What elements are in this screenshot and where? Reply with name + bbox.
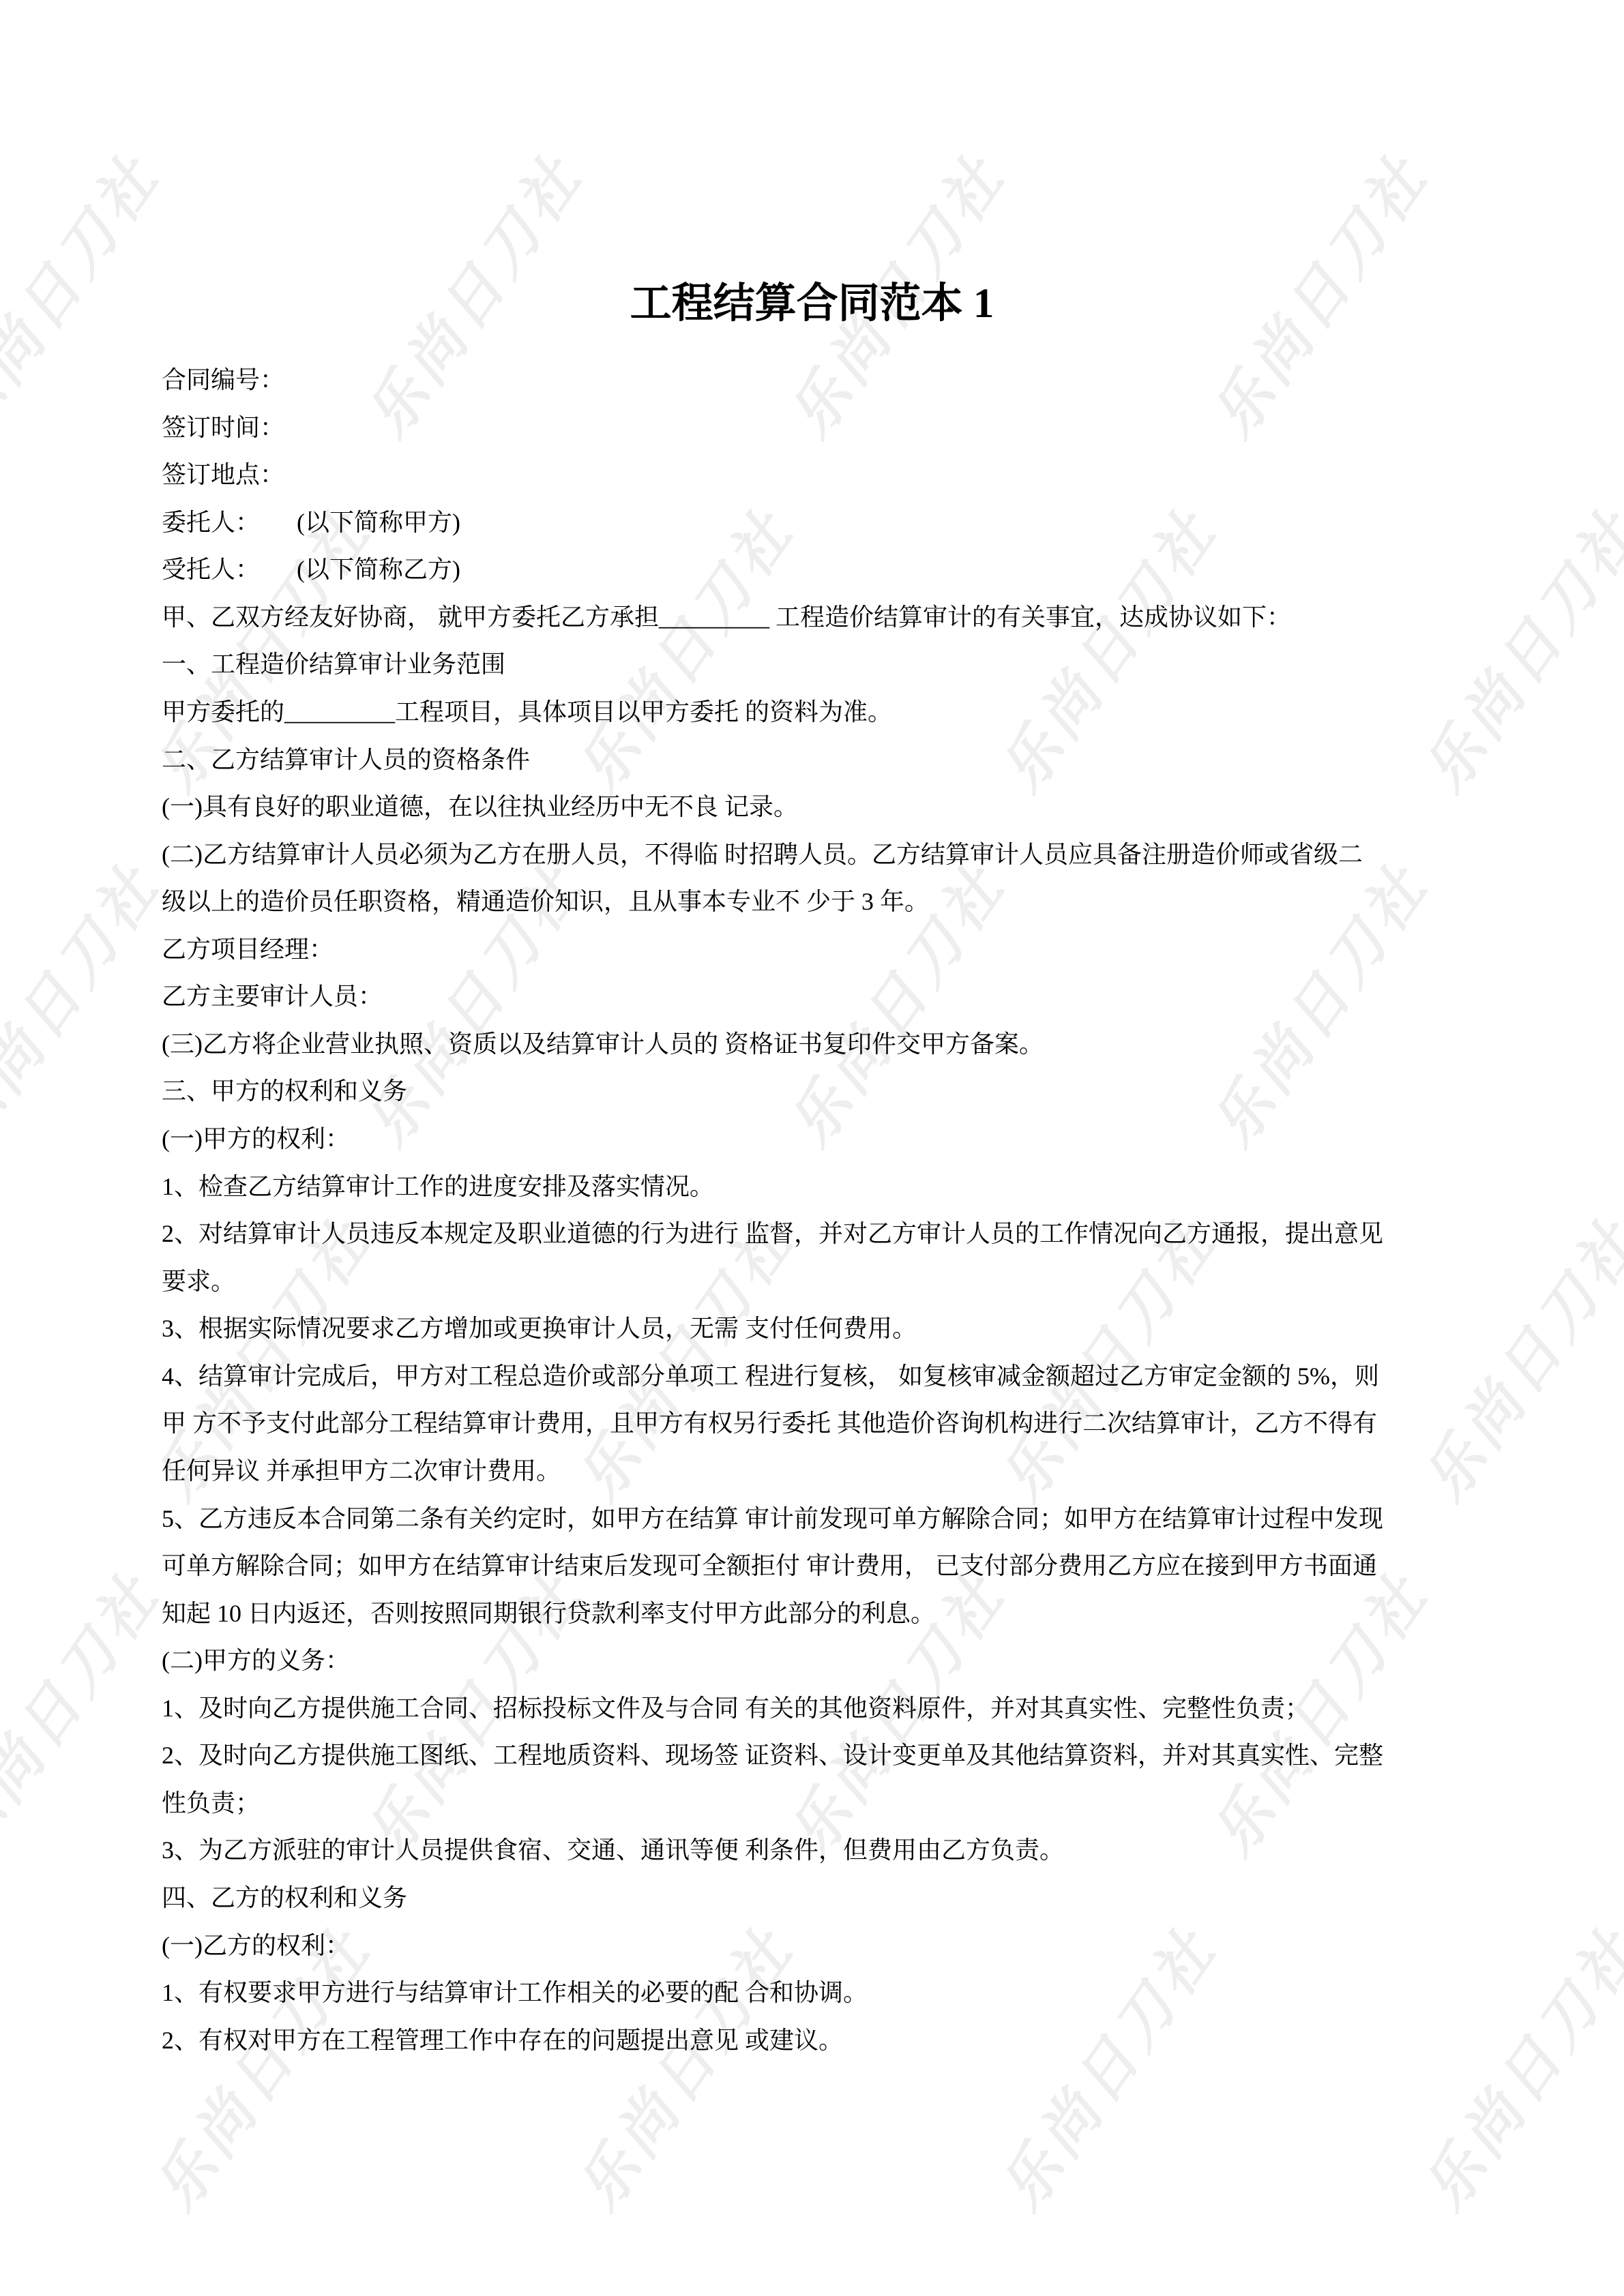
document-line: (三)乙方将企业营业执照、资质以及结算审计人员的 资格证书复印件交甲方备案。 [162, 1021, 1464, 1069]
document-title: 工程结算合同范本 1 [0, 270, 1624, 329]
document-line: 2、对结算审计人员违反本规定及职业道德的行为进行 监督，并对乙方审计人员的工作情… [162, 1210, 1464, 1258]
document-line: 级以上的造价员任职资格，精通造价知识，且从事本专业不 少于 3 年。 [162, 878, 1464, 926]
document-line: 1、有权要求甲方进行与结算审计工作相关的必要的配 合和协调。 [162, 1969, 1464, 2017]
document-line: 5、乙方违反本合同第二条有关约定时，如甲方在结算 审计前发现可单方解除合同；如甲… [162, 1495, 1464, 1543]
document-line: 签订地点： [162, 451, 1464, 499]
document-line: 甲方委托的_________工程项目，具体项目以甲方委托 的资料为准。 [162, 689, 1464, 736]
document-line: 知起 10 日内返还，否则按照同期银行贷款利率支付甲方此部分的利息。 [162, 1590, 1464, 1638]
document-line: 委托人： (以下简称甲方) [162, 499, 1464, 547]
watermark-logo: 乐尚日刀社 [0, 844, 176, 1161]
document-line: (一)乙方的权利： [162, 1922, 1464, 1970]
document-line: 签订时间： [162, 404, 1464, 452]
document-line: 1、检查乙方结算审计工作的进度安排及落实情况。 [162, 1163, 1464, 1211]
document-line: 乙方主要审计人员： [162, 973, 1464, 1021]
document-line: 任何异议 并承担甲方二次审计费用。 [162, 1448, 1464, 1495]
document-line: 2、有权对甲方在工程管理工作中存在的问题提出意见 或建议。 [162, 2017, 1464, 2065]
contract-page: 乐尚日刀社乐尚日刀社乐尚日刀社乐尚日刀社乐尚日刀社乐尚日刀社乐尚日刀社乐尚日刀社… [0, 0, 1624, 2296]
document-line: (一)具有良好的职业道德，在以往执业经历中无不良 记录。 [162, 784, 1464, 831]
document-line: 二、乙方结算审计人员的资格条件 [162, 736, 1464, 784]
document-line: 甲 方不予支付此部分工程结算审计费用，且甲方有权另行委托 其他造价咨询机构进行二… [162, 1400, 1464, 1448]
document-line: 三、甲方的权利和义务 [162, 1068, 1464, 1116]
document-line: 3、根据实际情况要求乙方增加或更换审计人员，无需 支付任何费用。 [162, 1305, 1464, 1353]
document-line: 甲、乙双方经友好协商， 就甲方委托乙方承担_________ 工程造价结算审计的… [162, 594, 1464, 642]
document-line: 四、乙方的权利和义务 [162, 1875, 1464, 1922]
document-line: 可单方解除合同；如甲方在结算审计结束后发现可全额拒付 审计费用， 已支付部分费用… [162, 1542, 1464, 1590]
document-line: (一)甲方的权利： [162, 1116, 1464, 1163]
document-line: 4、结算审计完成后，甲方对工程总造价或部分单项工 程进行复核， 如复核审减金额超… [162, 1353, 1464, 1401]
document-line: (二)甲方的义务： [162, 1637, 1464, 1685]
watermark-logo: 乐尚日刀社 [0, 1553, 176, 1870]
document-line: 3、为乙方派驻的审计人员提供食宿、交通、通讯等便 利条件，但费用由乙方负责。 [162, 1827, 1464, 1875]
document-line: 一、工程造价结算审计业务范围 [162, 641, 1464, 689]
document-line: 要求。 [162, 1258, 1464, 1306]
document-body: 合同编号： 签订时间： 签订地点： 委托人： (以下简称甲方) 受托人： (以下… [162, 357, 1464, 2064]
document-line: (二)乙方结算审计人员必须为乙方在册人员，不得临 时招聘人员。乙方结算审计人员应… [162, 831, 1464, 879]
document-line: 合同编号： [162, 357, 1464, 404]
document-line: 1、及时向乙方提供施工合同、招标投标文件及与合同 有关的其他资料原件，并对其真实… [162, 1685, 1464, 1733]
document-line: 乙方项目经理： [162, 926, 1464, 974]
document-line: 2、及时向乙方提供施工图纸、工程地质资料、现场签 证资料、设计变更单及其他结算资… [162, 1732, 1464, 1780]
document-line: 受托人： (以下简称乙方) [162, 546, 1464, 594]
document-line: 性负责； [162, 1780, 1464, 1828]
